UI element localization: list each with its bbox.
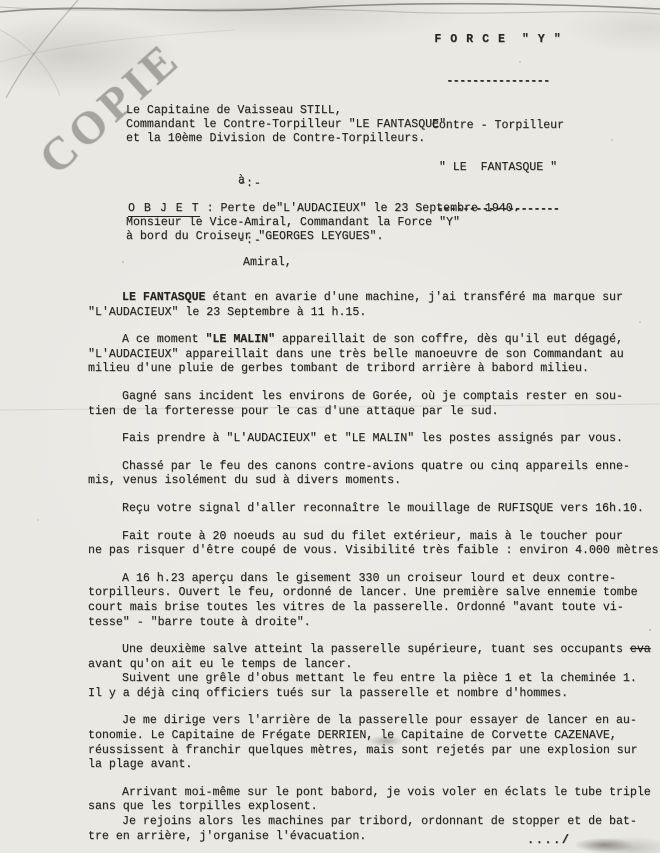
text-segment: Je rejoins alors les machines par tribor… bbox=[122, 815, 637, 828]
text-line: Gagné sans incident les environs de Goré… bbox=[88, 390, 658, 405]
text-line: avant qu'on ait eu le temps de lancer. bbox=[88, 658, 658, 673]
text-line: "L'AUDACIEUX" appareillait dans une très… bbox=[88, 348, 658, 363]
text-line: Arrivant moi-même sur le pont babord, je… bbox=[88, 786, 658, 801]
text-segment: ne pas risquer d'être coupé de vous. Vis… bbox=[88, 544, 659, 557]
text-segment: "L'AUDACIEUX" le 23 Septembre à 11 h.15. bbox=[88, 306, 366, 319]
text-segment: tre en arrière, j'organise l'évacuation. bbox=[88, 830, 366, 843]
text-line: Je me dirige vers l'arrière de la passer… bbox=[88, 714, 658, 729]
text-segment: tesse" - "barre toute à droite". bbox=[88, 616, 311, 629]
text-line: tesse" - "barre toute à droite". bbox=[88, 616, 658, 631]
paragraph: Une deuxième salve atteint la passerelle… bbox=[88, 643, 658, 672]
text-segment: "LE MALIN" bbox=[206, 333, 276, 346]
paragraph: Arrivant moi-même sur le pont babord, je… bbox=[88, 786, 658, 815]
text-line: sans que les torpilles explosent. bbox=[88, 800, 658, 815]
objet-line: O B J E T : Perte de"L'AUDACIEUX" le 23 … bbox=[128, 202, 520, 215]
struck-text: eva bbox=[630, 643, 651, 656]
text-segment: avant qu'on ait eu le temps de lancer. bbox=[88, 658, 352, 671]
text-line: torpilleurs. Ouvert le feu, ordonné de l… bbox=[88, 586, 658, 601]
text-segment: tonomie. Le Capitaine de Frégate DERRIEN… bbox=[88, 729, 617, 742]
paragraph: Gagné sans incident les environs de Goré… bbox=[88, 390, 658, 419]
paragraph: Je me dirige vers l'arrière de la passer… bbox=[88, 714, 658, 772]
text-segment: Reçu votre signal d'aller reconnaître le… bbox=[122, 502, 644, 515]
text-line: milieu d'une pluie de gerbes tombant de … bbox=[88, 362, 658, 377]
body-paragraphs: LE FANTASQUE étant en avarie d'une machi… bbox=[88, 278, 658, 844]
text-segment: A 16 h.23 aperçu dans le gisement 330 un… bbox=[122, 572, 616, 585]
text-line: Une deuxième salve atteint la passerelle… bbox=[88, 643, 658, 658]
sender-lines: Le Capitaine de Vaisseau STILL,Commandan… bbox=[126, 104, 460, 146]
paragraph: Reçu votre signal d'aller reconnaître le… bbox=[88, 502, 658, 517]
paragraph: Je rejoins alors les machines par tribor… bbox=[88, 815, 658, 844]
text-line: tre en arrière, j'organise l'évacuation. bbox=[88, 830, 658, 845]
text-line: mis, venus isolément du sud à divers mom… bbox=[88, 474, 658, 489]
text-line: ne pas risquer d'être coupé de vous. Vis… bbox=[88, 544, 658, 559]
text-segment: milieu d'une pluie de gerbes tombant de … bbox=[88, 362, 589, 375]
force-title: F O R C E " Y " bbox=[416, 33, 580, 47]
text-line: tonomie. Le Capitaine de Frégate DERRIEN… bbox=[88, 729, 658, 744]
text-line: Monsieur le Vice-Amiral, Commandant la F… bbox=[126, 216, 460, 230]
text-line: tien de la forteresse pour le cas d'une … bbox=[88, 405, 658, 420]
paragraph: Fais prendre à "L'AUDACIEUX" et "LE MALI… bbox=[88, 432, 658, 447]
paragraph: A ce moment "LE MALIN" appareillait de s… bbox=[88, 333, 658, 377]
text-segment: Arrivant moi-même sur le pont babord, je… bbox=[122, 786, 651, 799]
text-segment: Je me dirige vers l'arrière de la passer… bbox=[122, 714, 637, 727]
text-segment: étant en avarie d'une machine, j'ai tran… bbox=[206, 291, 623, 304]
separator-mark: -:- bbox=[238, 177, 262, 190]
text-segment: Une deuxième salve atteint la passerelle… bbox=[122, 643, 630, 656]
text-segment: "L'AUDACIEUX" appareillait dans une très… bbox=[88, 348, 624, 361]
recipient-lines: Monsieur le Vice-Amiral, Commandant la F… bbox=[126, 216, 460, 244]
text-segment: sans que les torpilles explosent. bbox=[88, 800, 318, 813]
paragraph: Fait route à 20 noeuds au sud du filet e… bbox=[88, 530, 658, 559]
text-line: Fait route à 20 noeuds au sud du filet e… bbox=[88, 530, 658, 545]
continuation-mark: ..../ bbox=[527, 833, 571, 847]
objet-label: O B J E T bbox=[128, 202, 200, 217]
text-line: LE FANTASQUE étant en avarie d'une machi… bbox=[88, 291, 658, 306]
text-segment: Suivent une grêle d'obus mettant le feu … bbox=[122, 672, 637, 685]
text-line: Suivent une grêle d'obus mettant le feu … bbox=[88, 672, 658, 687]
text-segment: court mais brise toutes les vitres de la… bbox=[88, 601, 624, 614]
text-line: à bord du Croiseur "GEORGES LEYGUES". bbox=[126, 230, 460, 244]
separator-mark: -:- bbox=[238, 234, 262, 247]
paragraph: Suivent une grêle d'obus mettant le feu … bbox=[88, 672, 658, 701]
text-line: Je rejoins alors les machines par tribor… bbox=[88, 815, 658, 830]
text-line: Le Capitaine de Vaisseau STILL, bbox=[126, 104, 460, 118]
text-segment: A ce moment bbox=[122, 333, 206, 346]
text-segment: appareillait de son coffre, dès qu'il eu… bbox=[275, 333, 623, 346]
text-segment: LE FANTASQUE bbox=[122, 291, 206, 304]
text-line: Reçu votre signal d'aller reconnaître le… bbox=[88, 502, 658, 517]
text-line: et la 10ème Division de Contre-Torpilleu… bbox=[126, 132, 460, 146]
salutation: Amiral, bbox=[243, 256, 292, 269]
text-line: "L'AUDACIEUX" le 23 Septembre à 11 h.15. bbox=[88, 306, 658, 321]
text-line: Il y a déjà cinq officiers tués sur la p… bbox=[88, 687, 658, 702]
text-segment: réussissent à franchir quelques mètres, … bbox=[88, 744, 638, 757]
text-segment: Fait route à 20 noeuds au sud du filet e… bbox=[122, 530, 623, 543]
text-segment: tien de la forteresse pour le cas d'une … bbox=[88, 405, 499, 418]
paragraph: A 16 h.23 aperçu dans le gisement 330 un… bbox=[88, 572, 658, 630]
text-segment: Chassé par le feu des canons contre-avio… bbox=[122, 460, 630, 473]
text-line: Fais prendre à "L'AUDACIEUX" et "LE MALI… bbox=[88, 432, 658, 447]
paragraph: LE FANTASQUE étant en avarie d'une machi… bbox=[88, 291, 658, 320]
objet-text: : Perte de"L'AUDACIEUX" le 23 Septembre … bbox=[200, 202, 520, 215]
sender-block: Le Capitaine de Vaisseau STILL,Commandan… bbox=[126, 76, 460, 272]
text-line: Commandant le Contre-Torpilleur "LE FANT… bbox=[126, 118, 460, 132]
address-particle: à bbox=[126, 174, 460, 188]
text-line: court mais brise toutes les vitres de la… bbox=[88, 601, 658, 616]
text-line: réussissent à franchir quelques mètres, … bbox=[88, 744, 658, 759]
text-line: A 16 h.23 aperçu dans le gisement 330 un… bbox=[88, 572, 658, 587]
text-line: la plage avant. bbox=[88, 758, 658, 773]
text-segment: mis, venus isolément du sud à divers mom… bbox=[88, 474, 401, 487]
text-segment: torpilleurs. Ouvert le feu, ordonné de l… bbox=[88, 586, 638, 599]
text-line: Chassé par le feu des canons contre-avio… bbox=[88, 460, 658, 475]
text-segment: Il y a déjà cinq officiers tués sur la p… bbox=[88, 687, 568, 700]
text-line: A ce moment "LE MALIN" appareillait de s… bbox=[88, 333, 658, 348]
text-segment: Gagné sans incident les environs de Goré… bbox=[122, 390, 623, 403]
document-page: COPIE F O R C E " Y " ---------------- C… bbox=[0, 0, 660, 853]
text-segment: Fais prendre à "L'AUDACIEUX" et "LE MALI… bbox=[122, 432, 623, 445]
text-segment: la plage avant. bbox=[88, 758, 192, 771]
paragraph: Chassé par le feu des canons contre-avio… bbox=[88, 460, 658, 489]
